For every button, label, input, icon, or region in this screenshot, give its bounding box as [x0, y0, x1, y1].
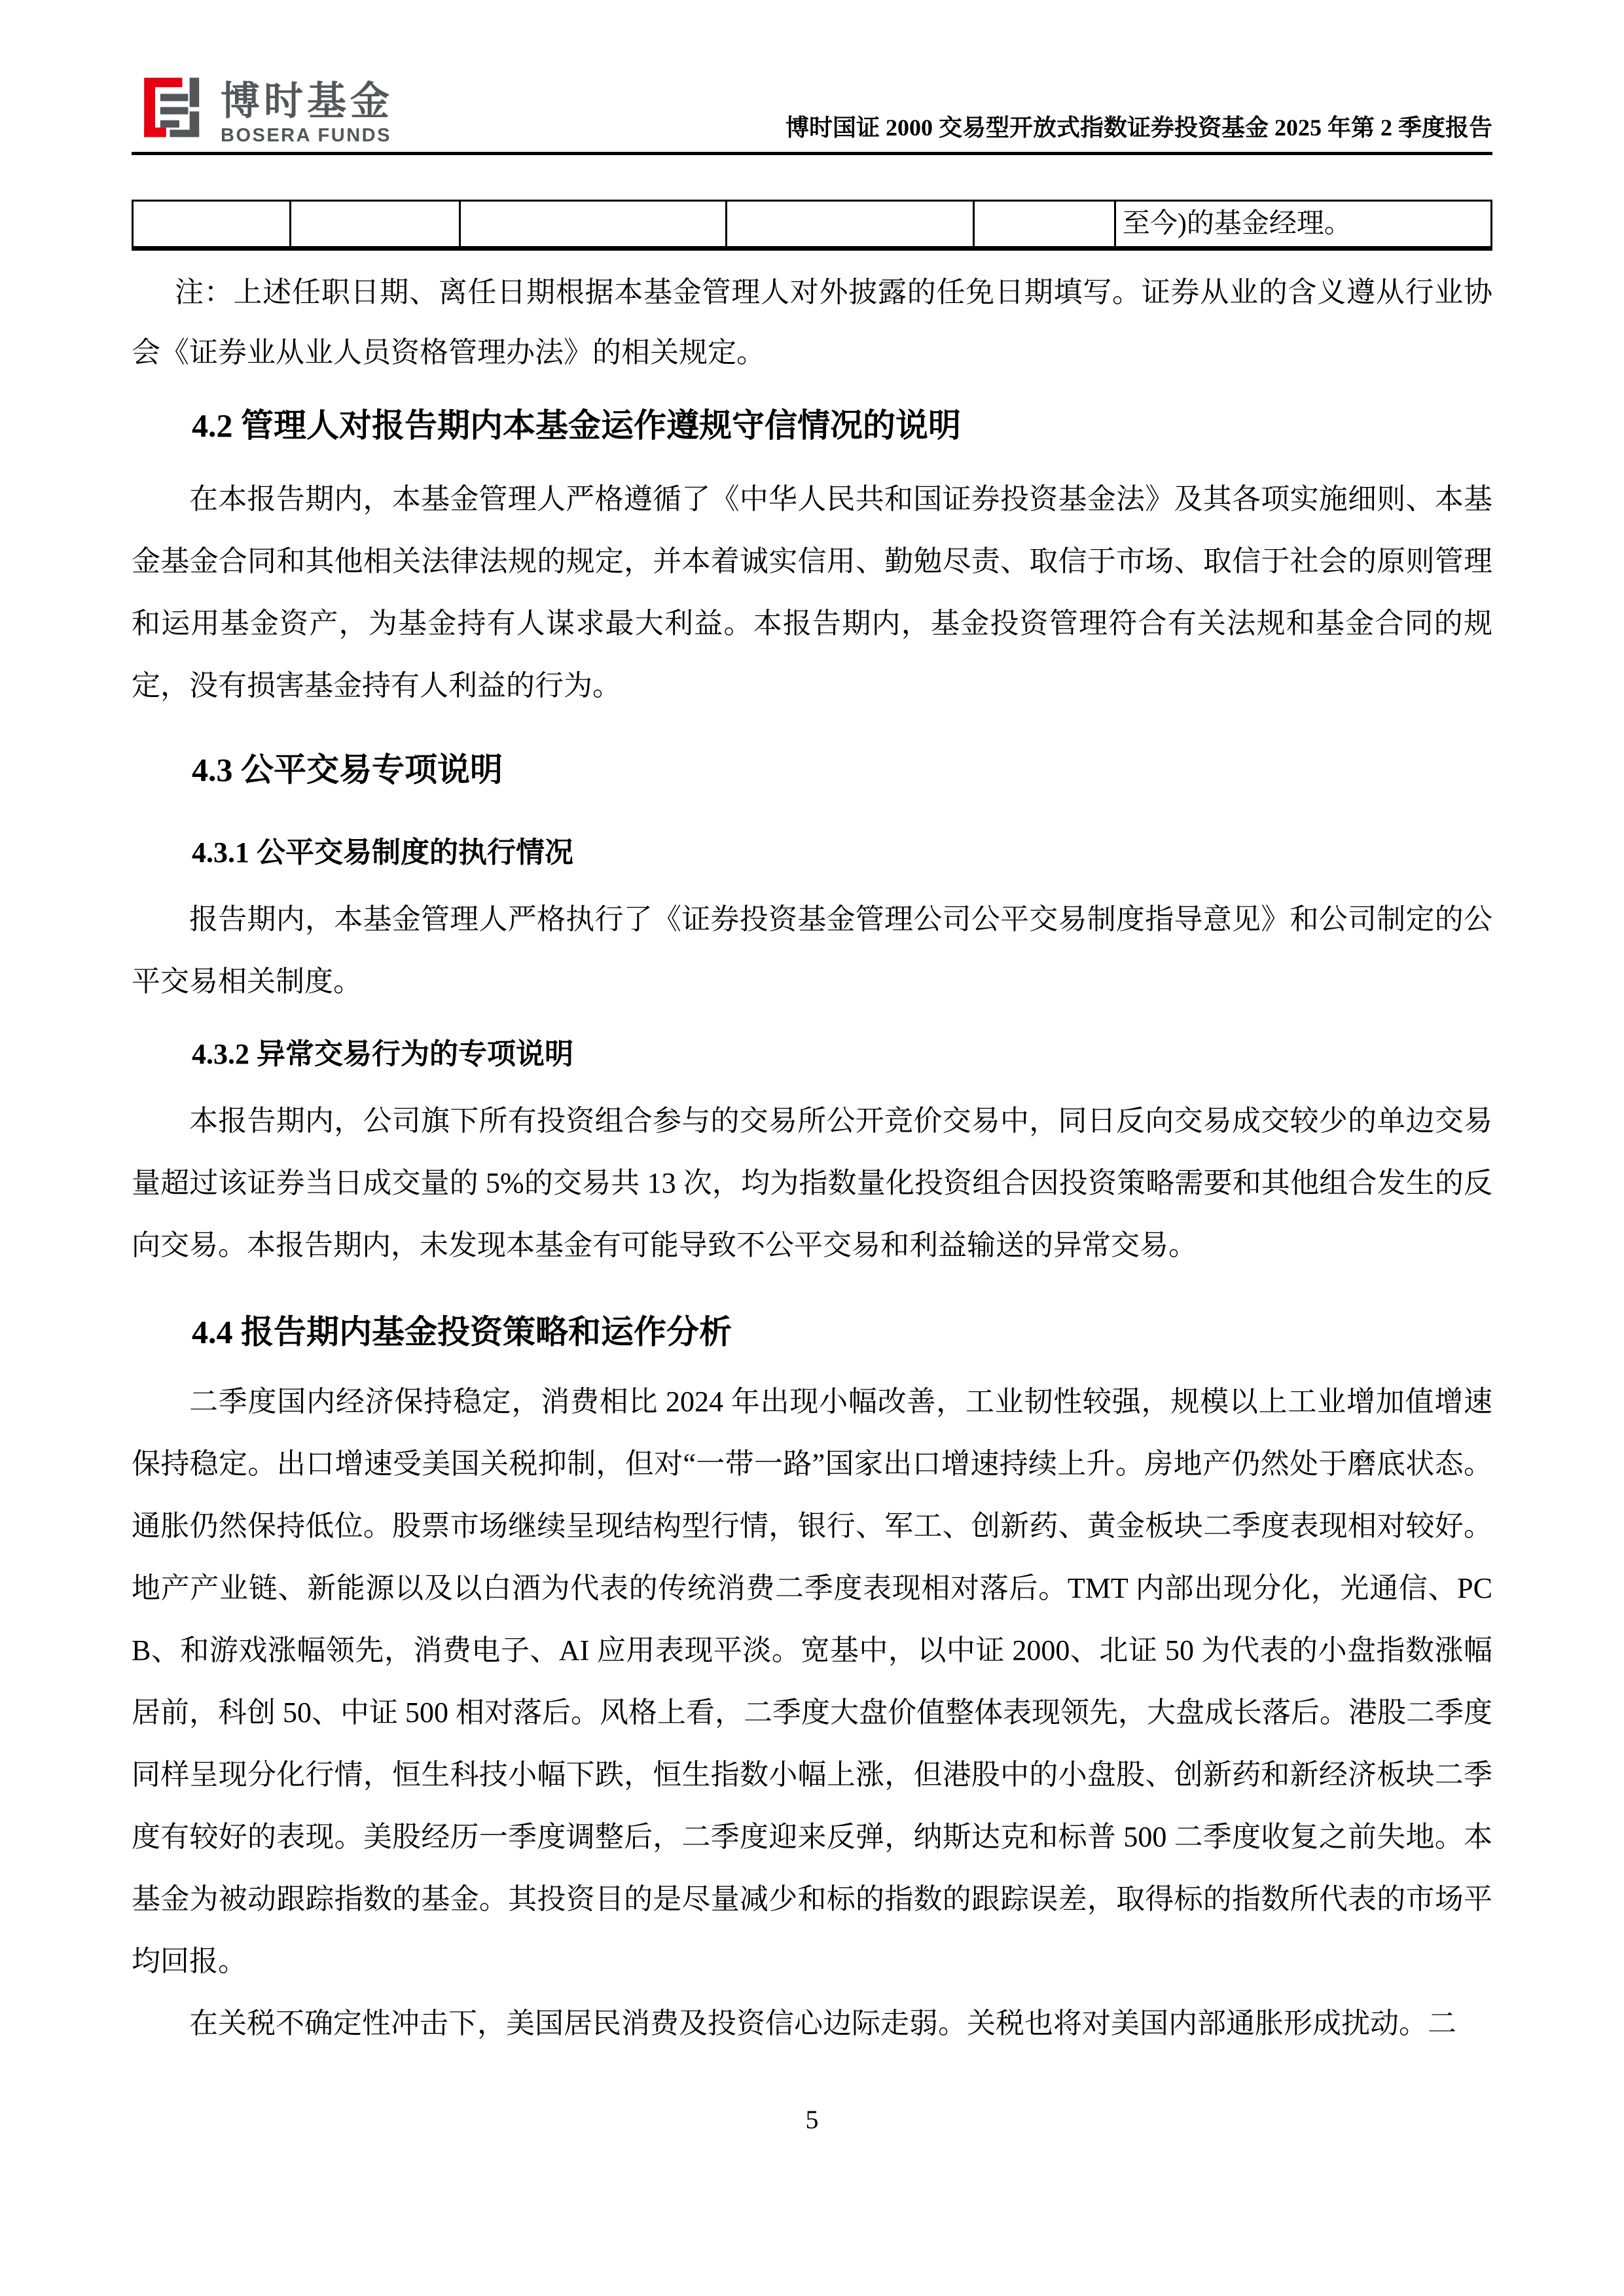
- section-4-3-2-title: 4.3.2 异常交易行为的专项说明: [192, 1037, 1492, 1071]
- table-row: 至今)的基金经理。: [133, 201, 1492, 249]
- table-cell-4: [727, 201, 974, 249]
- section-4-4-body-1: 二季度国内经济保持稳定，消费相比 2024 年出现小幅改善，工业韧性较强，规模以…: [132, 1371, 1492, 1992]
- bosera-logo-icon: [137, 73, 210, 147]
- fund-manager-table-fragment: 至今)的基金经理。: [132, 200, 1492, 251]
- table-cell-5: [974, 201, 1115, 249]
- report-page: 博时基金 BOSERA FUNDS 博时国证 2000 交易型开放式指数证券投资…: [0, 0, 1624, 2296]
- section-4-3-title: 4.3 公平交易专项说明: [192, 751, 1492, 789]
- section-4-3-2-body: 本报告期内，公司旗下所有投资组合参与的交易所公开竞价交易中，同日反向交易成交较少…: [132, 1090, 1492, 1276]
- page-number: 5: [806, 2105, 819, 2134]
- document-title: 博时国证 2000 交易型开放式指数证券投资基金 2025 年第 2 季度报告: [785, 109, 1492, 143]
- section-4-3-1-title: 4.3.1 公平交易制度的执行情况: [192, 836, 1492, 870]
- section-4-4-body-2: 在关税不确定性冲击下，美国居民消费及投资信心边际走弱。关税也将对美国内部通胀形成…: [132, 1992, 1492, 2054]
- section-4-2-title: 4.2 管理人对报告期内本基金运作遵规守信情况的说明: [192, 406, 1492, 444]
- table-cell-3: [460, 201, 727, 249]
- table-cell-2: [290, 201, 460, 249]
- page-body: 至今)的基金经理。 注：上述任职日期、离任日期根据本基金管理人对外披露的任免日期…: [132, 200, 1492, 2054]
- section-4-3-1-body: 报告期内，本基金管理人严格执行了《证券投资基金管理公司公平交易制度指导意见》和公…: [132, 888, 1492, 1013]
- bosera-logo: 博时基金 BOSERA FUNDS: [137, 73, 393, 147]
- bosera-logo-text: 博时基金 BOSERA FUNDS: [221, 81, 393, 147]
- section-4-4-title: 4.4 报告期内基金投资策略和运作分析: [192, 1313, 1492, 1351]
- section-4-2-body: 在本报告期内，本基金管理人严格遵循了《中华人民共和国证券投资基金法》及其各项实施…: [132, 468, 1492, 717]
- logo-cn-text: 博时基金: [221, 81, 393, 122]
- page-footer: 5: [0, 2104, 1624, 2135]
- table-cell-6: 至今)的基金经理。: [1115, 201, 1491, 249]
- logo-en-text: BOSERA FUNDS: [221, 125, 393, 147]
- page-header: 博时基金 BOSERA FUNDS 博时国证 2000 交易型开放式指数证券投资…: [132, 0, 1492, 155]
- table-cell-1: [133, 201, 291, 249]
- table-note: 注：上述任职日期、离任日期根据本基金管理人对外披露的任免日期填写。证券从业的含义…: [132, 262, 1492, 383]
